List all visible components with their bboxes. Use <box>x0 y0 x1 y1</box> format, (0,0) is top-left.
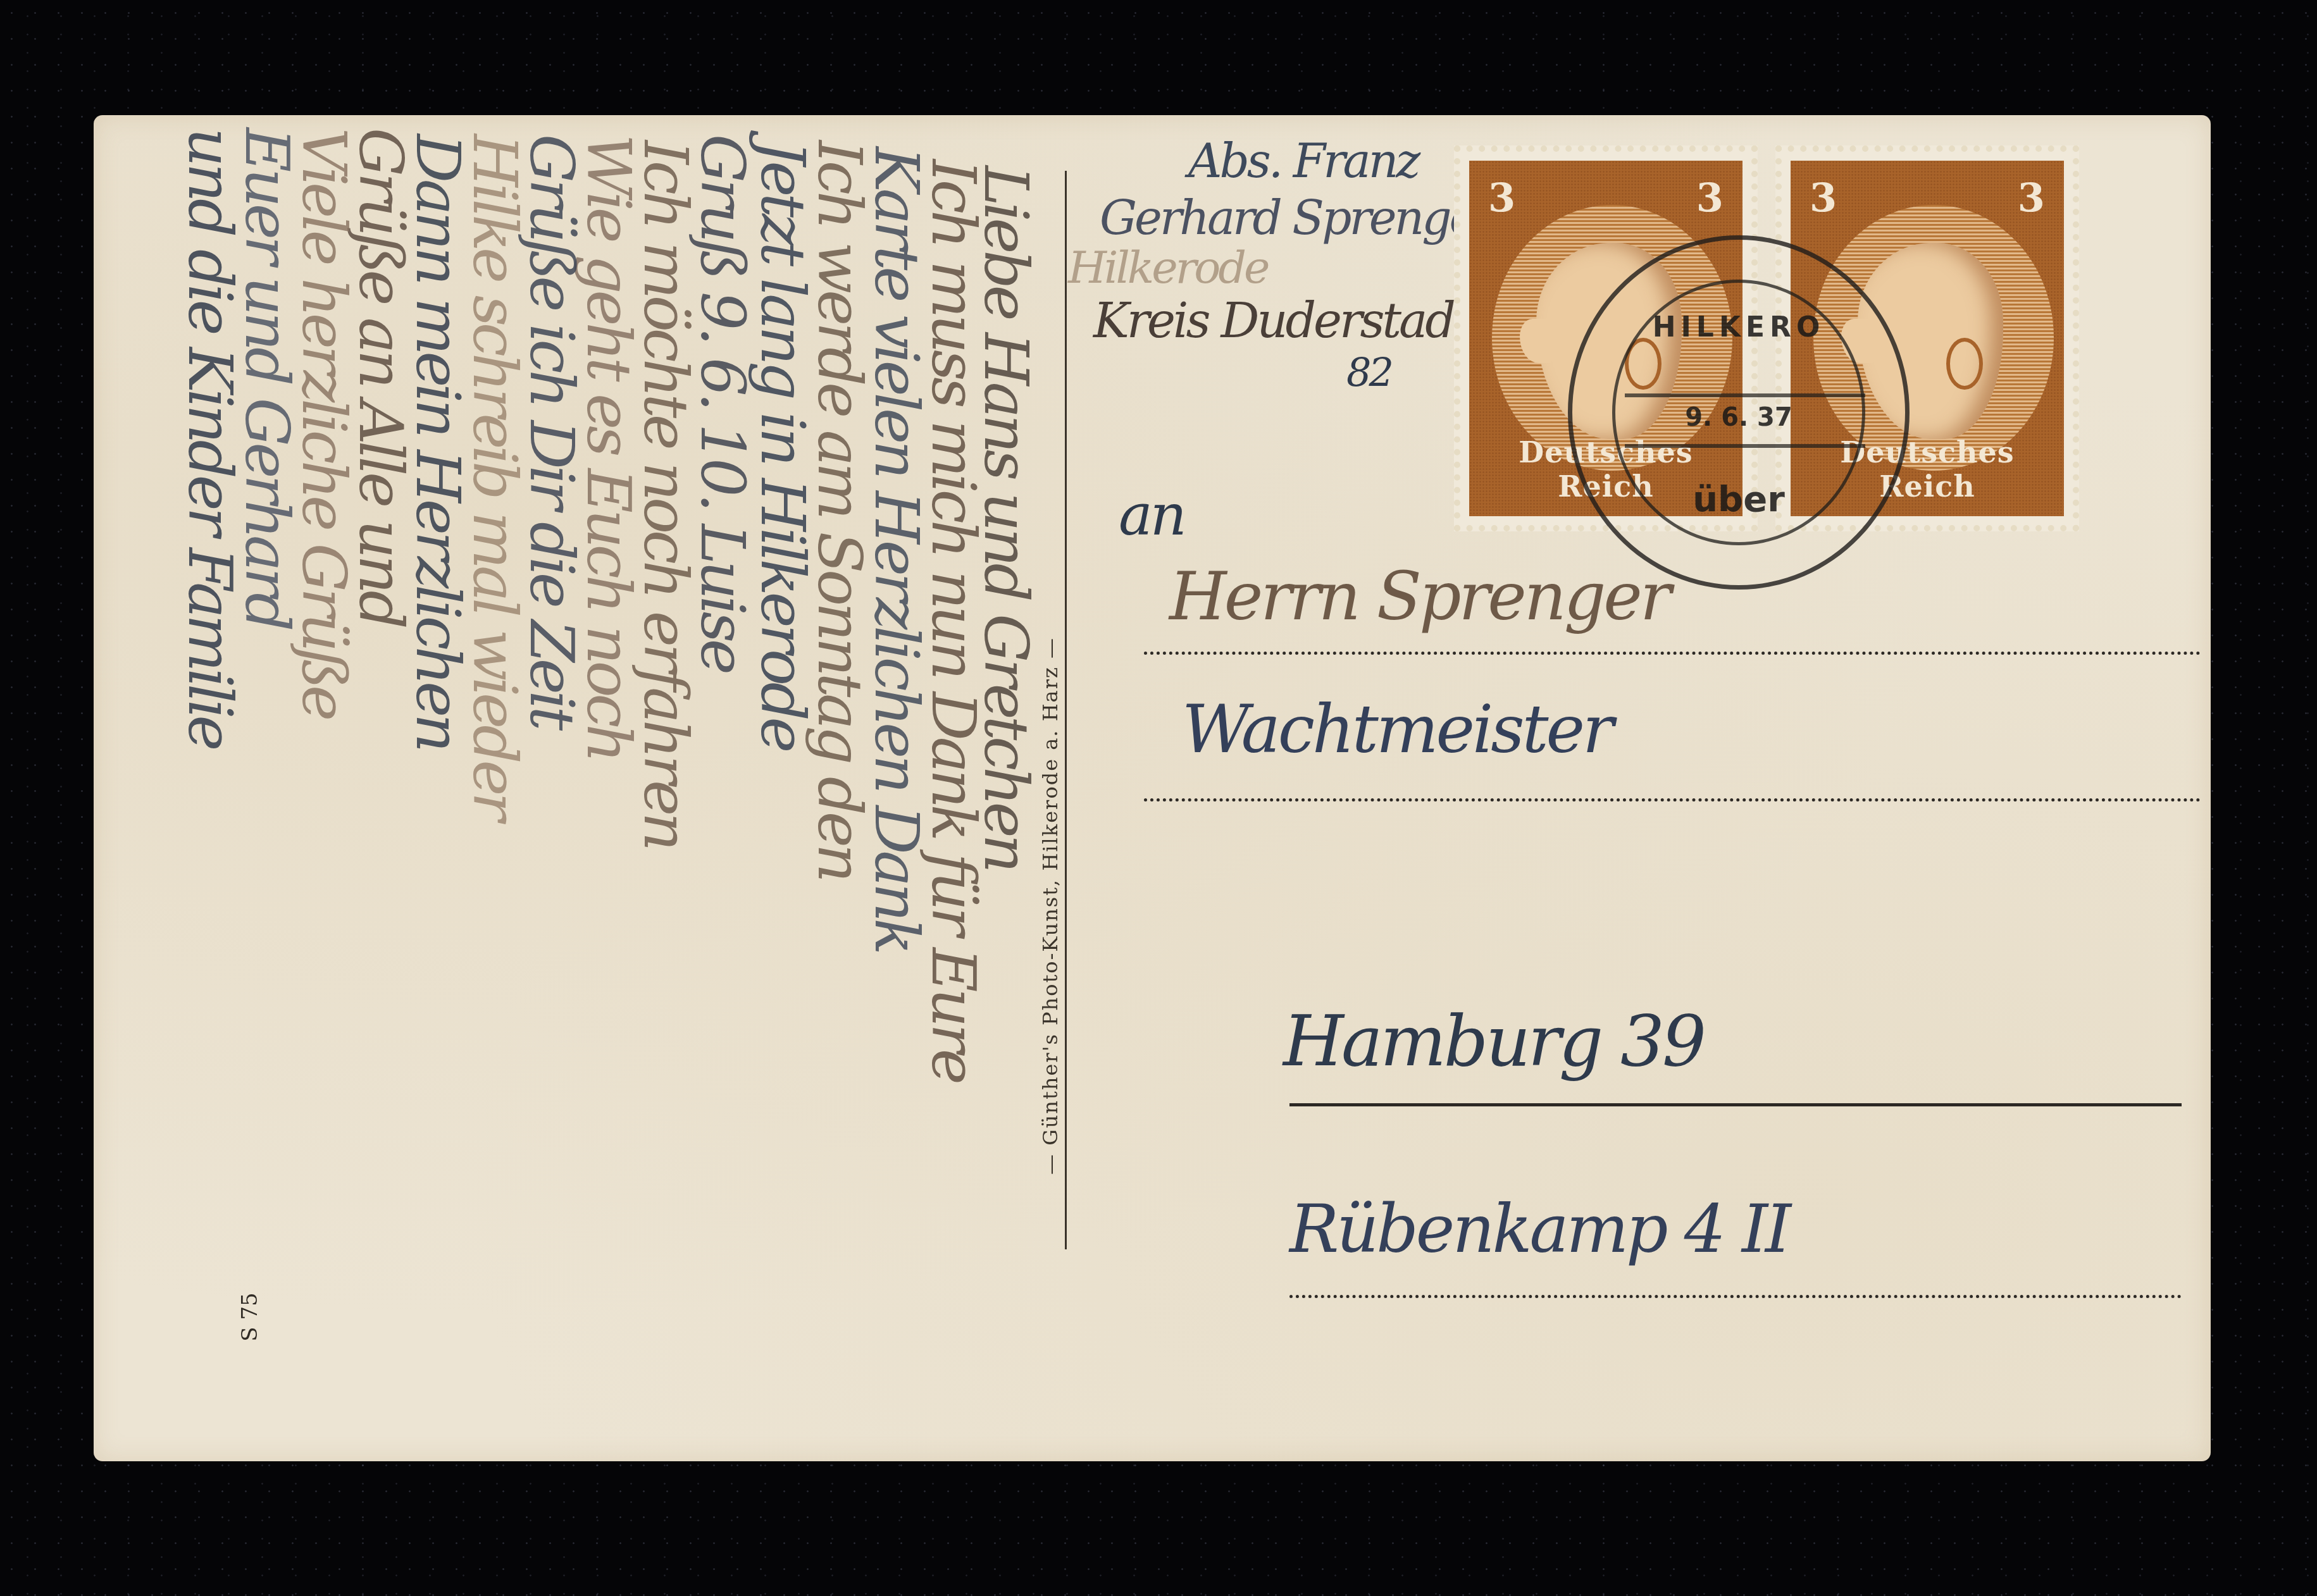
address-prefix: an <box>1119 482 1184 548</box>
stamp-face: 3 3 Deutsches Reich <box>1469 161 1742 516</box>
address-line-name: Herrn Sprenger <box>1169 558 1669 635</box>
portrait-icon <box>1536 243 1682 439</box>
stamp-pair: 3 3 Deutsches Reich 3 3 Deutsches Reich <box>1454 145 2087 535</box>
vertical-divider <box>1065 171 1067 1249</box>
postage-stamp: 3 3 Deutsches Reich <box>1454 145 1758 531</box>
address-line-street: Rübenkamp 4 II <box>1289 1191 1789 1268</box>
portrait-medallion <box>1492 205 1732 471</box>
address-rule <box>1144 652 2201 655</box>
stamp-value: 3 <box>2018 175 2045 221</box>
address-line-city: Hamburg 39 <box>1283 1001 1704 1082</box>
address-rule <box>1289 1295 2182 1298</box>
stamp-value: 3 <box>1696 175 1724 221</box>
stamp-country: Deutsches Reich <box>1791 435 2064 504</box>
sender-line: Gerhard Sprenger <box>1100 191 1494 245</box>
address-rule <box>1289 1103 2182 1106</box>
stamp-value: 3 <box>1810 175 1837 221</box>
stamp-value: 3 <box>1488 175 1515 221</box>
card-code: S 75 <box>237 1292 263 1341</box>
sender-line: Abs. Franz <box>1188 134 1418 189</box>
address-line-title: Wachtmeister <box>1182 691 1612 768</box>
portrait-icon <box>1858 243 2003 439</box>
address-rule <box>1144 798 2201 801</box>
sender-line: 82 <box>1346 349 1391 395</box>
publisher-imprint: — Günther's Photo-Kunst, Hilkerode a. Ha… <box>1038 637 1062 1175</box>
postage-stamp: 3 3 Deutsches Reich <box>1775 145 2079 531</box>
stamp-face: 3 3 Deutsches Reich <box>1791 161 2064 516</box>
portrait-medallion <box>1813 205 2054 471</box>
message-area: Liebe Hans und Gretchen Ich muss mich nu… <box>106 121 1055 1450</box>
sender-line: Hilkerode <box>1068 242 1268 294</box>
sender-line: Kreis Duderstadt <box>1093 292 1470 349</box>
stamp-country: Deutsches Reich <box>1469 435 1742 504</box>
message-line: und die Kinder Familie <box>175 128 245 747</box>
postcard: Liebe Hans und Gretchen Ich muss mich nu… <box>94 115 2211 1461</box>
